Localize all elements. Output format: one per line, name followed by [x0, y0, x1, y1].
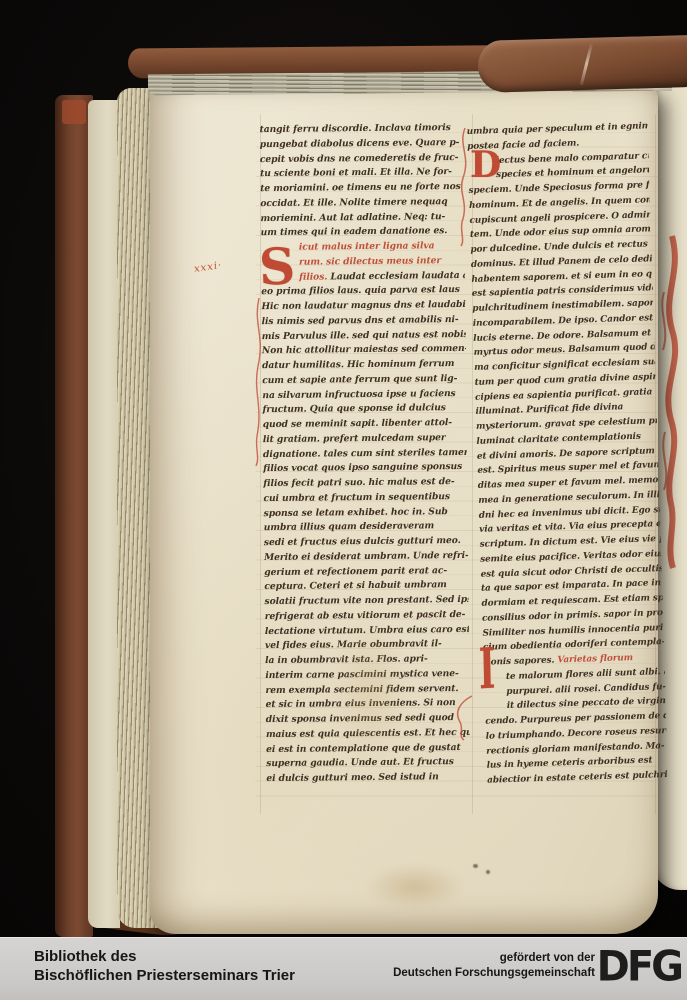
funding-line1: gefördert von der: [393, 951, 595, 966]
provenance-footer-bar: Bibliothek des Bischöflichen Priestersem…: [0, 937, 687, 1000]
illuminated-initial-d: D: [470, 148, 501, 182]
manuscript-line: pungebat diabolus dicens eve. Quare p-: [260, 136, 464, 153]
illuminated-initial-i: I: [478, 644, 495, 695]
initial-i-flourish: [450, 692, 476, 742]
initial-s-flourish: [250, 294, 268, 469]
manuscript-line: lis nimis sed parvus dns et amabilis ni-: [262, 313, 466, 330]
photo-area: xxxi· tangit ferru discordie. Inclava ti…: [0, 0, 687, 937]
parchment-stain: [335, 614, 405, 764]
library-name: Bibliothek des Bischöflichen Priestersem…: [34, 947, 295, 985]
manuscript-line: occidat. Et ille. Nolite timere nequaq: [260, 195, 464, 212]
text-column-right: umbra quia per speculum et in egnimate.p…: [467, 119, 669, 794]
dfg-logo: DFG: [597, 943, 681, 991]
digitized-manuscript-photo: xxxi· tangit ferru discordie. Inclava ti…: [0, 0, 687, 1000]
funding-line2: Deutschen Forschungsgemeinschaft: [393, 966, 595, 981]
library-name-line1: Bibliothek des: [34, 947, 295, 966]
flyleaf-edge: [88, 100, 120, 928]
leather-red-patch: [62, 100, 86, 124]
marginal-chapter-number: xxxi·: [193, 260, 223, 275]
red-penwork-flourish: [656, 232, 686, 572]
manuscript-page: xxxi· tangit ferru discordie. Inclava ti…: [150, 84, 658, 934]
funding-credit: gefördert von der Deutschen Forschungsge…: [393, 951, 595, 981]
initial-d-flourish: [454, 124, 474, 249]
ink-speck: [473, 864, 478, 868]
manuscript-line: sponsa se letam exhibet. hoc in. Sub: [264, 504, 468, 521]
illuminated-initial-s: S: [258, 243, 296, 290]
manuscript-line: ei dulcis gutturi meo. Sed istud in: [266, 770, 470, 787]
manuscript-line: cum et sapie ante ferrum que sunt lig-: [262, 372, 466, 389]
ink-speck: [486, 870, 490, 874]
manuscript-line: lit gratiam. prefert mulcedam super: [263, 431, 467, 448]
manuscript-line: cui umbra et fructum in sequentibus: [263, 490, 467, 507]
parchment-stain: [365, 864, 465, 910]
manuscript-line: Merito ei desiderat umbram. Unde refri-: [264, 549, 468, 566]
library-name-line2: Bischöflichen Priesterseminars Trier: [34, 966, 295, 985]
